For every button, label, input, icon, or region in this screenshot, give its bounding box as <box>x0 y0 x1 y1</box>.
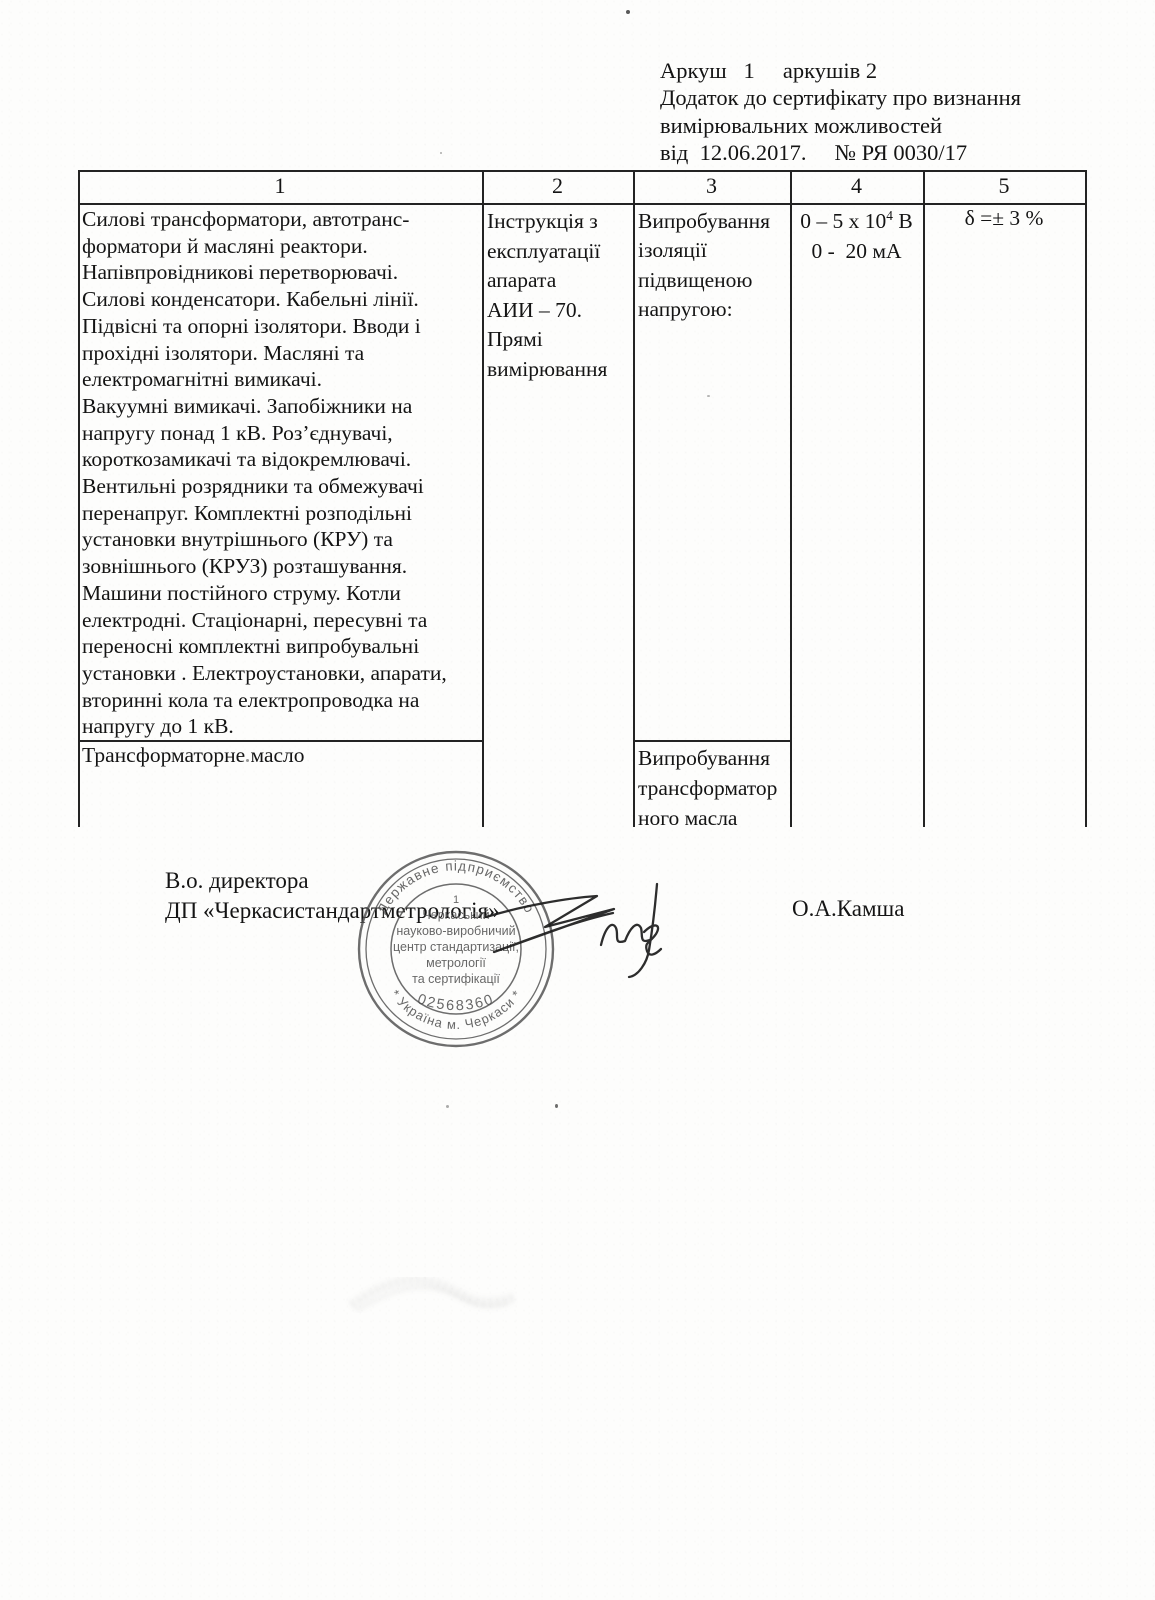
stamp-center-line-4: метрології <box>426 956 486 970</box>
cell-method-reference: Інструкція з експлуатації апарата АИИ – … <box>487 207 633 385</box>
scan-speck <box>440 152 442 154</box>
scan-speck <box>446 1105 449 1108</box>
signature-role: В.о. директора <box>165 868 309 894</box>
superscript-exponent: 4 <box>886 208 893 223</box>
signatory-name: О.А.Камша <box>792 896 904 922</box>
cell-test-type-row2: Випробування трансформатор ного масла <box>638 743 790 833</box>
table-border-top <box>78 170 1087 172</box>
stamp-center-line-2: науково-виробничий <box>396 924 515 938</box>
table-border-right <box>1085 170 1087 827</box>
column-header-2: 2 <box>482 173 633 203</box>
header-sheet-count: Аркуш 1 аркушів 2 <box>660 57 1021 84</box>
range-voltage: 0 – 5 x 104 В <box>790 206 923 236</box>
table-header-underline <box>78 203 1087 205</box>
column-header-4: 4 <box>790 173 923 203</box>
scan-speck <box>707 395 710 397</box>
cell-test-type: Випробування ізоляції підвищеною напруго… <box>638 207 788 324</box>
table-row-divider-col1 <box>78 740 484 742</box>
header-appendix-title: Додаток до сертифікату про визнання <box>660 84 1021 111</box>
column-header-3: 3 <box>633 173 790 203</box>
official-stamp: Державне підприємство * Україна м. Черка… <box>349 845 563 1055</box>
capabilities-table: 1 2 3 4 5 Силові трансформатори, автотра… <box>78 170 1087 827</box>
cell-equipment-description: Силові трансформатори, автотранс- формат… <box>82 206 482 740</box>
table-divider-col1-col2 <box>482 170 484 827</box>
scan-speck <box>626 10 630 14</box>
table-divider-col4-col5 <box>923 170 925 827</box>
table-row-divider-col3 <box>633 740 792 742</box>
stamp-small-number: 1 <box>453 894 459 906</box>
scan-speck <box>555 1104 558 1108</box>
header-date-number: від 12.06.2017. № РЯ 0030/17 <box>660 139 1021 166</box>
scan-speck <box>246 759 249 762</box>
cell-equipment-row2: Трансформаторне масло <box>82 743 482 768</box>
header-appendix-title-2: вимірювальних можливостей <box>660 112 1021 139</box>
column-header-1: 1 <box>78 173 482 203</box>
table-divider-col2-col3 <box>633 170 635 827</box>
doc-header: Аркуш 1 аркушів 2 Додаток до сертифікату… <box>660 57 1021 167</box>
table-divider-col3-col4 <box>790 170 792 827</box>
table-border-left <box>78 170 80 827</box>
scanned-certificate-page: Аркуш 1 аркушів 2 Додаток до сертифікату… <box>0 0 1155 1600</box>
column-header-5: 5 <box>923 173 1085 203</box>
cell-uncertainty: δ =± 3 % <box>923 206 1085 231</box>
cell-measurement-range: 0 – 5 x 104 В 0 - 20 мА <box>790 206 923 266</box>
stamp-center-line-5: та сертифікації <box>412 972 500 986</box>
ink-smudge <box>352 1280 515 1310</box>
stamp-center-line-1: Черкаський <box>422 908 489 922</box>
stamp-center-line-3: центр стандартизації, <box>393 940 519 954</box>
range-current: 0 - 20 мА <box>790 236 923 266</box>
